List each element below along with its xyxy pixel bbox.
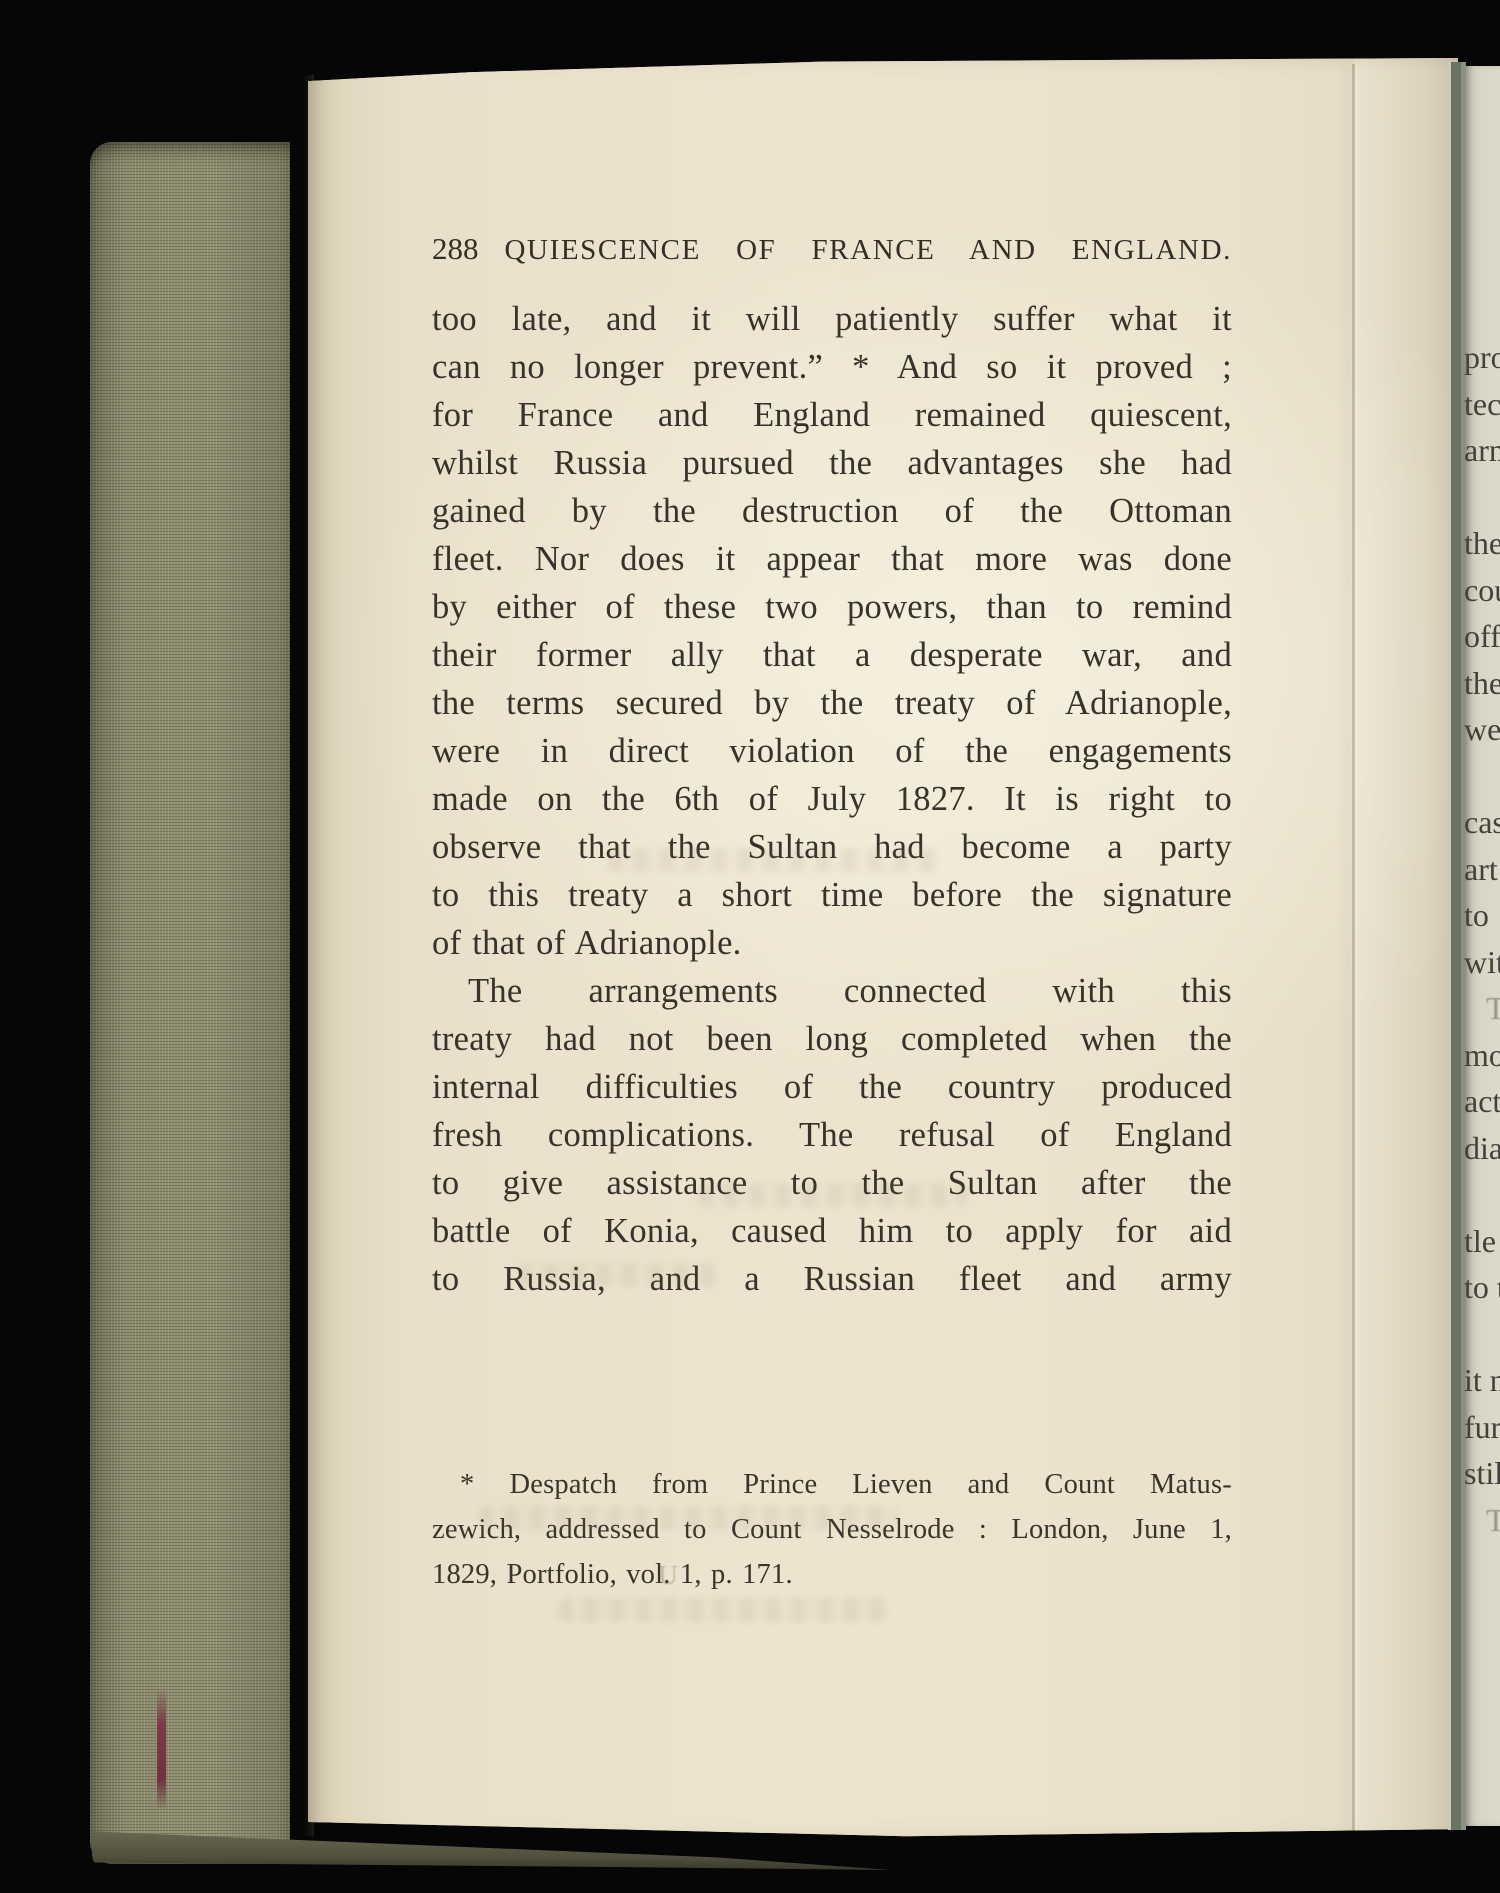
facing-text-fragment: [1464, 1311, 1500, 1358]
page-edge-stack: [148, 74, 314, 1842]
text-line: their former ally that a desperate war, …: [432, 631, 1232, 679]
facing-text-fragment: wit: [1464, 939, 1500, 986]
facing-text-fragment: still: [1464, 1450, 1500, 1497]
text-line: fresh complications. The refusal of Engl…: [432, 1111, 1232, 1159]
facing-text-fragment: it n: [1464, 1357, 1500, 1404]
page-number: 288: [432, 229, 479, 269]
facing-page-sliver: protecarm thecouoffethewe casarttowitTmo…: [1466, 66, 1500, 1826]
text-line: for France and England remained quiescen…: [432, 391, 1232, 439]
text-line: 1829, Portfolio, vol. 1, p. 171.: [432, 1552, 1232, 1597]
facing-page-text-fragments: protecarm thecouoffethewe casarttowitTmo…: [1464, 334, 1500, 1543]
facing-text-fragment: T: [1464, 1497, 1500, 1544]
book-left-page: 288 QUIESCENCE OF FRANCE AND ENGLAND. to…: [308, 58, 1458, 1838]
show-through-smudge: [558, 1598, 888, 1622]
facing-text-fragment: to: [1464, 892, 1500, 939]
text-line: whilst Russia pursued the advantages she…: [432, 439, 1232, 487]
signature-mark: U: [638, 1560, 698, 1591]
text-line: can no longer prevent.” * And so it prov…: [432, 343, 1232, 391]
running-head: 288 QUIESCENCE OF FRANCE AND ENGLAND.: [432, 229, 1232, 271]
facing-text-fragment: offe: [1464, 613, 1500, 660]
facing-text-fragment: pro: [1464, 334, 1500, 381]
facing-text-fragment: mo: [1464, 1032, 1500, 1079]
facing-text-fragment: we: [1464, 706, 1500, 753]
facing-text-fragment: [1464, 474, 1500, 521]
show-through-smudge: [518, 1263, 718, 1287]
text-line: treaty had not been long completed when …: [432, 1015, 1232, 1063]
facing-text-fragment: tec: [1464, 381, 1500, 428]
text-line: * Despatch from Prince Lieven and Count …: [432, 1462, 1232, 1507]
text-line: by either of these two powers, than to r…: [432, 583, 1232, 631]
facing-text-fragment: the: [1464, 520, 1500, 567]
facing-text-fragment: to t: [1464, 1264, 1500, 1311]
facing-text-fragment: dia: [1464, 1125, 1500, 1172]
photo-background: 288 QUIESCENCE OF FRANCE AND ENGLAND. to…: [0, 0, 1500, 1893]
show-through-smudge: [608, 848, 938, 872]
facing-text-fragment: furt: [1464, 1404, 1500, 1451]
facing-text-fragment: cou: [1464, 567, 1500, 614]
text-line: fleet. Nor does it appear that more was …: [432, 535, 1232, 583]
text-line: gained by the destruction of the Ottoman: [432, 487, 1232, 535]
show-through-smudge: [478, 1506, 898, 1530]
text-line: battle of Konia, caused him to apply for…: [432, 1207, 1232, 1255]
facing-text-fragment: cas: [1464, 799, 1500, 846]
text-line: were in direct violation of the engageme…: [432, 727, 1232, 775]
facing-text-fragment: tle: [1464, 1218, 1500, 1265]
text-line: the terms secured by the treaty of Adria…: [432, 679, 1232, 727]
facing-text-fragment: T: [1464, 985, 1500, 1032]
facing-text-fragment: the: [1464, 660, 1500, 707]
text-line: The arrangements connected with this: [432, 967, 1232, 1015]
show-through-smudge: [698, 1183, 968, 1207]
text-line: to this treaty a short time before the s…: [432, 871, 1232, 919]
text-line: internal difficulties of the country pro…: [432, 1063, 1232, 1111]
text-line: of that of Adrianople.: [432, 919, 1232, 967]
facing-text-fragment: [1464, 753, 1500, 800]
facing-text-fragment: arm: [1464, 427, 1500, 474]
running-title: QUIESCENCE OF FRANCE AND ENGLAND.: [505, 230, 1233, 270]
facing-text-fragment: art: [1464, 846, 1500, 893]
gutter-crease: [1352, 64, 1355, 1832]
body-text: too late, and it will patiently suffer w…: [432, 295, 1232, 1303]
facing-text-fragment: [1464, 1171, 1500, 1218]
text-line: made on the 6th of July 1827. It is righ…: [432, 775, 1232, 823]
text-line: too late, and it will patiently suffer w…: [432, 295, 1232, 343]
gutter-shading: [1354, 58, 1458, 1838]
facing-text-fragment: act: [1464, 1078, 1500, 1125]
